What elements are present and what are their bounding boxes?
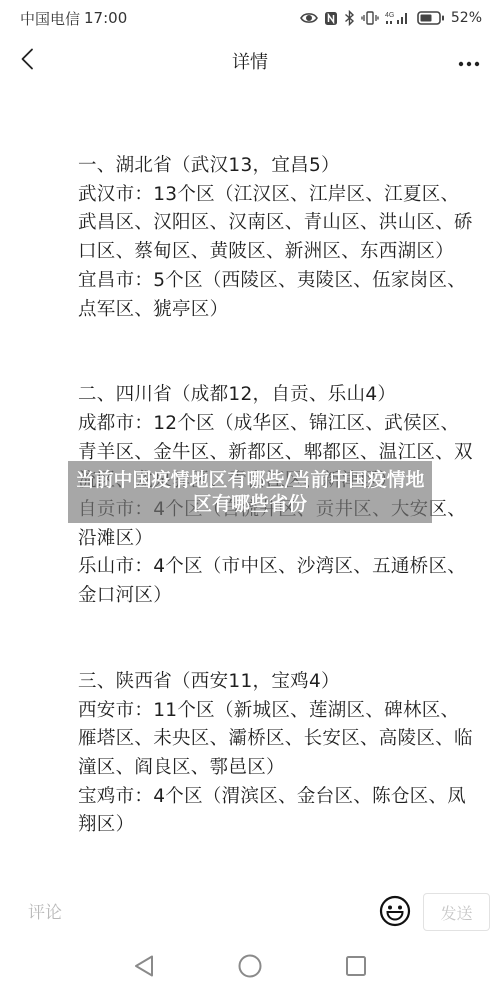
home-circle-icon	[237, 953, 263, 983]
back-button[interactable]	[12, 46, 42, 76]
comment-bar: 发送	[0, 890, 500, 936]
more-horizontal-icon	[458, 52, 480, 71]
smile-emoji-icon	[379, 895, 411, 931]
more-options-button[interactable]	[452, 46, 486, 76]
nfc-icon	[324, 10, 338, 26]
section-hubei: 一、湖北省（武汉13，宜昌5） 武汉市：13个区（江汉区、江岸区、江夏区、武昌区…	[78, 152, 478, 324]
section-heading: 三、陕西省（西安11，宝鸡4）	[78, 668, 478, 697]
emoji-button[interactable]	[378, 896, 412, 930]
status-left: 中国电信 17:00	[20, 8, 127, 29]
section-heading: 一、湖北省（武汉13，宜昌5）	[78, 152, 478, 181]
eye-icon	[300, 10, 318, 26]
nav-recents-button[interactable]	[342, 954, 370, 982]
chevron-left-icon	[20, 48, 34, 74]
status-right: 4G 52%	[300, 10, 482, 26]
paragraph: 宜昌市：5个区（西陵区、夷陵区、伍家岗区、点军区、猇亭区）	[78, 267, 478, 324]
paragraph: 宝鸡市：4个区（渭滨区、金台区、陈仓区、凤翔区）	[78, 783, 478, 840]
page-title: 详情	[232, 48, 268, 74]
battery-icon	[417, 10, 445, 26]
section-heading: 二、四川省（成都12，自贡、乐山4）	[78, 381, 478, 410]
status-bar: 中国电信 17:00 4G 52%	[0, 0, 500, 36]
svg-text:4G: 4G	[385, 12, 394, 19]
nav-back-button[interactable]	[130, 954, 158, 982]
battery-percent: 52%	[451, 10, 482, 26]
recents-square-icon	[344, 954, 368, 982]
article-body: 一、湖北省（武汉13，宜昌5） 武汉市：13个区（江汉区、江岸区、江夏区、武昌区…	[78, 152, 478, 897]
4g-signal-icon: 4G	[385, 10, 411, 26]
carrier-name: 中国电信	[20, 8, 80, 29]
comment-input[interactable]	[28, 898, 358, 928]
overlay-title: 当前中国疫情地区有哪些/当前中国疫情地区有哪些省份	[68, 468, 432, 516]
clock: 17:00	[84, 9, 127, 27]
section-shaanxi: 三、陕西省（西安11，宝鸡4） 西安市：11个区（新城区、莲湖区、碑林区、雁塔区…	[78, 668, 478, 840]
paragraph: 乐山市：4个区（市中区、沙湾区、五通桥区、金口河区）	[78, 553, 478, 610]
send-button[interactable]: 发送	[423, 893, 490, 931]
nav-home-button[interactable]	[236, 954, 264, 982]
system-navigation-bar	[0, 950, 500, 986]
paragraph: 武汉市：13个区（江汉区、江岸区、江夏区、武昌区、汉阳区、汉南区、青山区、洪山区…	[78, 181, 478, 267]
paragraph: 西安市：11个区（新城区、莲湖区、碑林区、雁塔区、未央区、灞桥区、长安区、高陵区…	[78, 697, 478, 783]
top-app-bar: 详情	[0, 38, 500, 84]
title-overlay-banner: 当前中国疫情地区有哪些/当前中国疫情地区有哪些省份	[68, 461, 432, 523]
bluetooth-icon	[344, 10, 355, 26]
back-triangle-icon	[133, 954, 155, 982]
vibrate-icon	[361, 10, 379, 26]
